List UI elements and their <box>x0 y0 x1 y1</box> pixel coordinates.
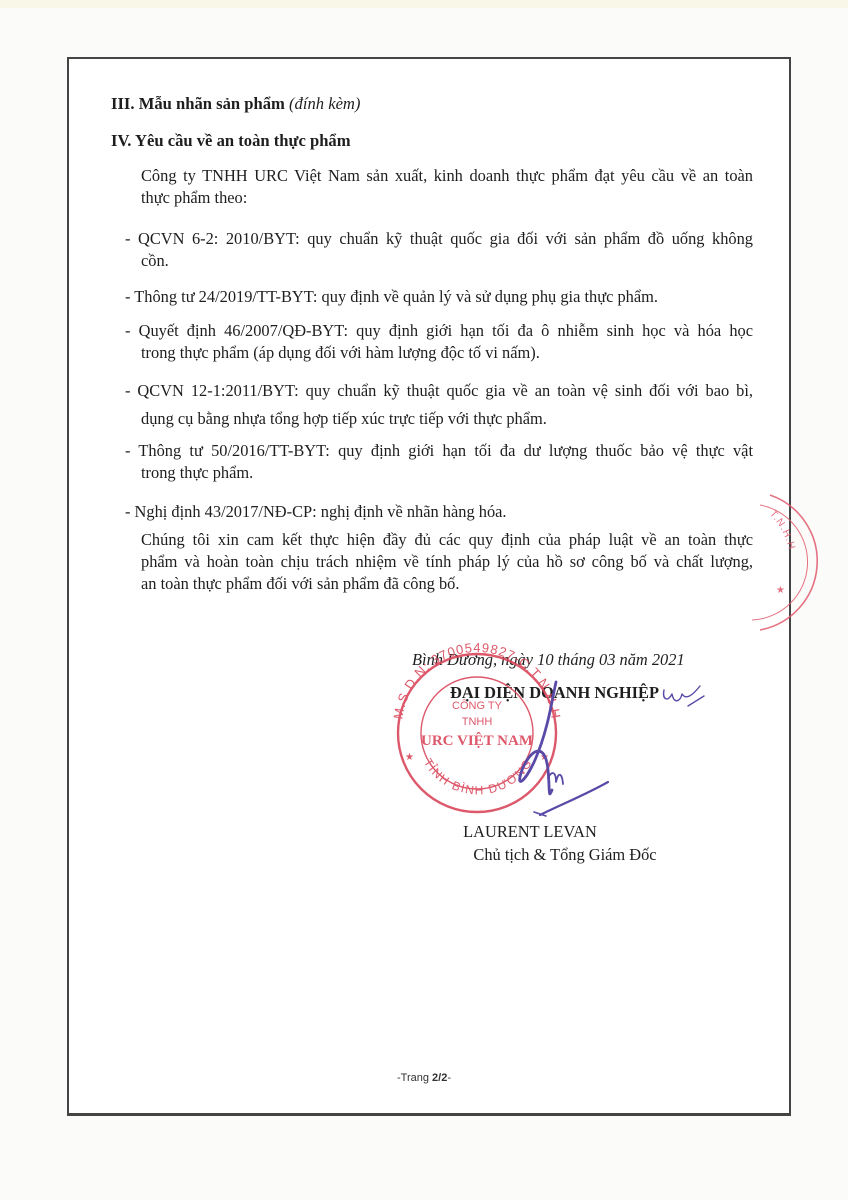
commitment-line-3: an toàn thực phẩm đối với sản phẩm đã cô… <box>141 574 459 594</box>
regulation-4-line-1: - QCVN 12-1:2011/BYT: quy chuẩn kỹ thuật… <box>125 381 753 401</box>
regulation-2-line-1: - Thông tư 24/2019/TT-BYT: quy định về q… <box>125 287 658 307</box>
regulation-1-line-1: - QCVN 6-2: 2010/BYT: quy chuẩn kỹ thuật… <box>125 229 753 249</box>
section-3-note: (đính kèm) <box>289 94 360 113</box>
regulation-4-line-2: dụng cụ bằng nhựa tổng hợp tiếp xúc trực… <box>141 409 547 429</box>
footer-page-number: 2/2 <box>432 1072 447 1084</box>
scan-tint <box>0 0 848 8</box>
signer-name: LAURENT LEVAN <box>440 822 620 842</box>
section-3-title: Mẫu nhãn sản phẩm <box>139 94 285 113</box>
section-3-number: III. <box>111 94 135 113</box>
section-4-heading: IV. Yêu cầu về an toàn thực phẩm <box>111 131 351 151</box>
regulation-3-line-2: trong thực phẩm (áp dụng đối với hàm lượ… <box>141 343 540 363</box>
regulation-1-line-2: cồn. <box>141 251 169 271</box>
commitment-line-1: Chúng tôi xin cam kết thực hiện đầy đủ c… <box>141 530 753 550</box>
footer-suffix: - <box>447 1072 451 1084</box>
section-3-heading: III. Mẫu nhãn sản phẩm (đính kèm) <box>111 94 360 114</box>
regulation-5-line-2: trong thực phẩm. <box>141 463 253 483</box>
page-footer: -Trang 2/2- <box>0 1072 848 1084</box>
place-date: Bình Dương, ngày 10 tháng 03 năm 2021 <box>412 650 685 670</box>
commitment-line-2: phẩm và hoàn toàn chịu trách nhiệm về tí… <box>141 552 753 572</box>
regulation-5-line-1: - Thông tư 50/2016/TT-BYT: quy định giới… <box>125 441 753 461</box>
footer-prefix: -Trang <box>397 1072 432 1084</box>
regulation-3-line-1: - Quyết định 46/2007/QĐ-BYT: quy định gi… <box>125 321 753 341</box>
representative-title: ĐẠI DIỆN DOANH NGHIỆP <box>450 683 659 703</box>
signer-position: Chủ tịch & Tổng Giám Đốc <box>455 845 675 865</box>
section-4-title: Yêu cầu về an toàn thực phẩm <box>135 131 351 150</box>
regulation-6-line-1: - Nghị định 43/2017/NĐ-CP: nghị định về … <box>125 502 507 522</box>
section-4-number: IV. <box>111 131 131 150</box>
intro-line-2: thực phẩm theo: <box>141 188 247 208</box>
intro-line-1: Công ty TNHH URC Việt Nam sản xuất, kinh… <box>141 166 753 186</box>
